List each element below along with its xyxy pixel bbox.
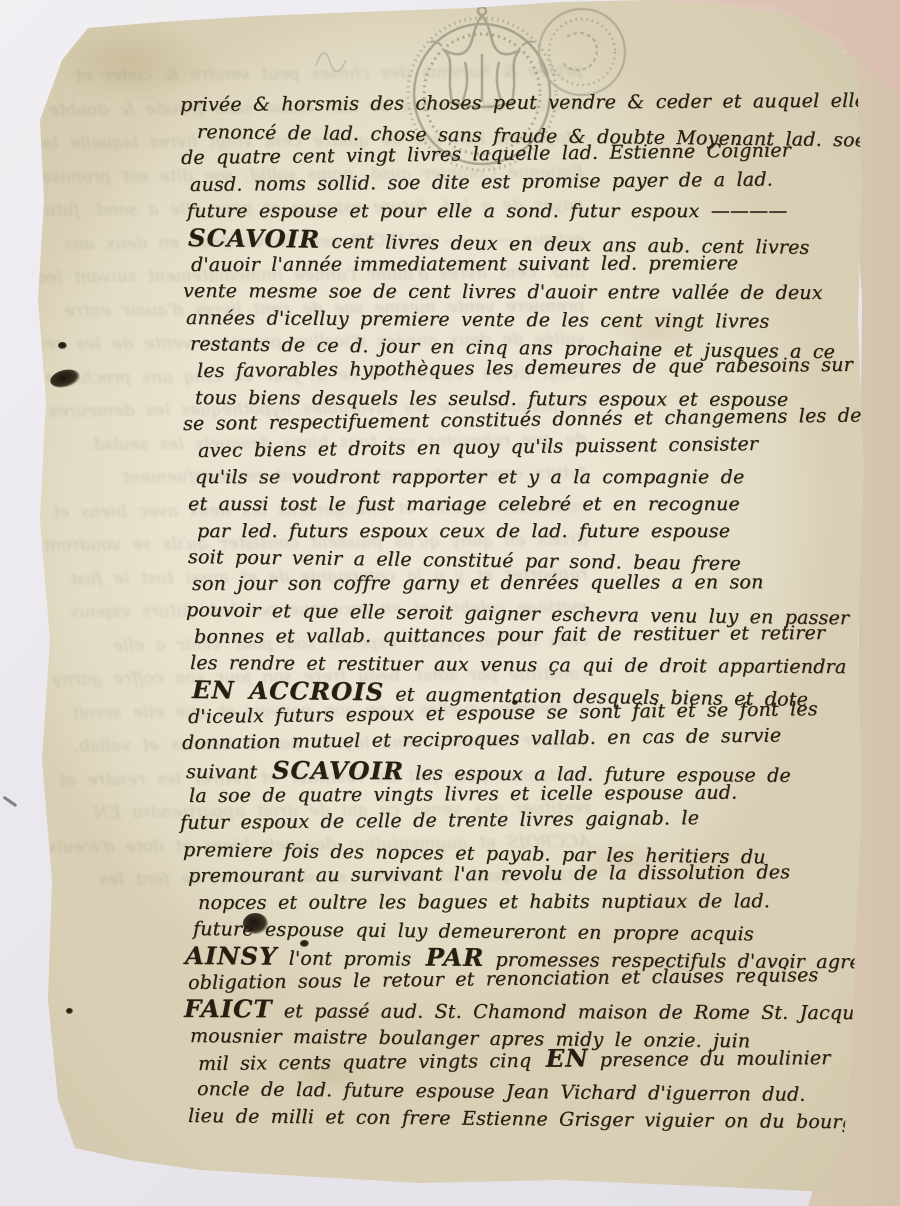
ink-blot [66,1008,73,1014]
background-mark [3,796,18,808]
ink-blot [58,342,67,349]
manuscript-line: future espouse et pour elle a sond. futu… [187,198,877,225]
manuscript-line: les favorables hypothèques les demeures … [197,351,887,384]
manuscript-line: vente mesme soe de cent livres d'auoir e… [183,278,873,307]
pencil-mark [312,36,356,76]
manuscript-line: futur espoux de celle de trente livres g… [180,804,870,837]
manuscript-line: nopces et oultre les bagues et habits nu… [198,888,888,917]
ink-blot [512,700,518,705]
manuscript-line: ausd. noms sollid. soe dite est promise … [190,165,880,198]
manuscript-line: et aussi tost le fust mariage celebré et… [188,491,878,518]
manuscript-line: années d'icelluy premiere vente de les c… [186,305,876,336]
manuscript-line: mil six cents quatre vingts cinq EN pres… [198,1043,888,1076]
manuscript-line: bonnes et vallab. quittances pour fait d… [194,620,884,651]
manuscript-page: privée & horsmis des choses peut vendre … [0,0,900,1206]
manuscript-line: d'auoir l'année immediatement suivant le… [191,249,881,278]
manuscript-line: qu'ils se voudront rapporter et y a la c… [195,464,885,491]
photograph-background: privée & horsmis des choses peut vendre … [0,0,900,1206]
manuscript-line: premourant au survivant l'an revolu de l… [188,859,878,890]
manuscript-line: son jour son coffre garny et denrées que… [192,569,882,598]
manuscript-line: par led. futurs espoux ceux de lad. futu… [197,518,887,545]
manuscript-line: FAICT et passé aud. St. Chamond maison d… [184,996,874,1025]
ink-blot [300,940,309,947]
manuscript-text: privée & horsmis des choses peut vendre … [186,92,876,1129]
ink-blot [243,913,268,934]
manuscript-line: privée & horsmis des choses peut vendre … [180,88,870,119]
